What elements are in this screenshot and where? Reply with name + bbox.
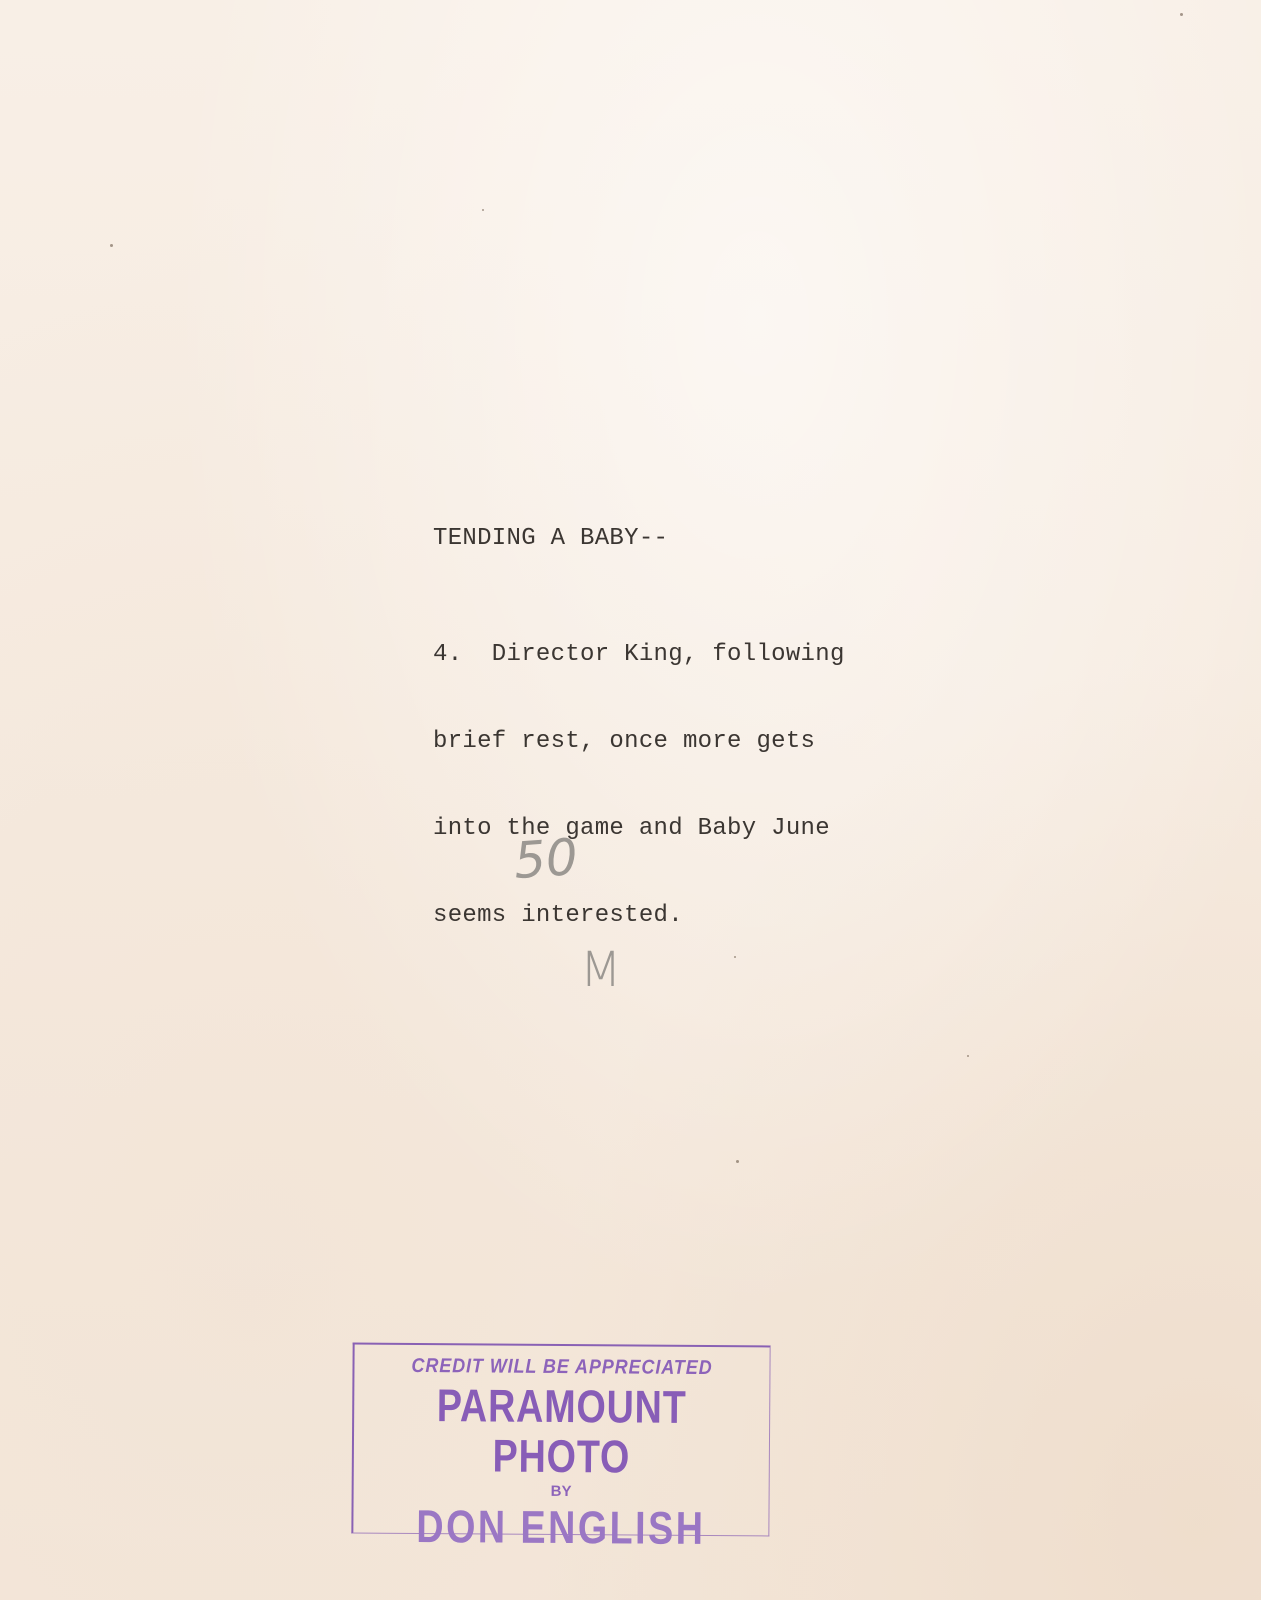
paper-speck [110, 244, 113, 247]
pencil-note-letter: M [580, 942, 621, 998]
document-back: { "document": { "type": "photo-back-capt… [0, 0, 1261, 1600]
paper-speck [1180, 13, 1183, 16]
caption-title: TENDING A BABY-- [433, 524, 845, 553]
photo-credit-stamp: CREDIT WILL BE APPRECIATED PARAMOUNT PHO… [351, 1343, 770, 1537]
stamp-credit-line: CREDIT WILL BE APPRECIATED [375, 1355, 749, 1381]
caption-line: seems interested. [433, 901, 845, 930]
stamp-studio: PARAMOUNT PHOTO [391, 1380, 732, 1482]
caption-line: 4. Director King, following [433, 640, 845, 669]
paper-speck [736, 1160, 739, 1163]
typed-caption: TENDING A BABY-- 4. Director King, follo… [433, 466, 845, 959]
stamp-photographer: DON ENGLISH [391, 1500, 732, 1554]
caption-line: brief rest, once more gets [433, 727, 845, 756]
caption-line: into the game and Baby June [433, 814, 845, 843]
paper-speck [967, 1055, 969, 1057]
paper-speck [482, 209, 484, 211]
pencil-note-number: 50 [512, 828, 580, 890]
